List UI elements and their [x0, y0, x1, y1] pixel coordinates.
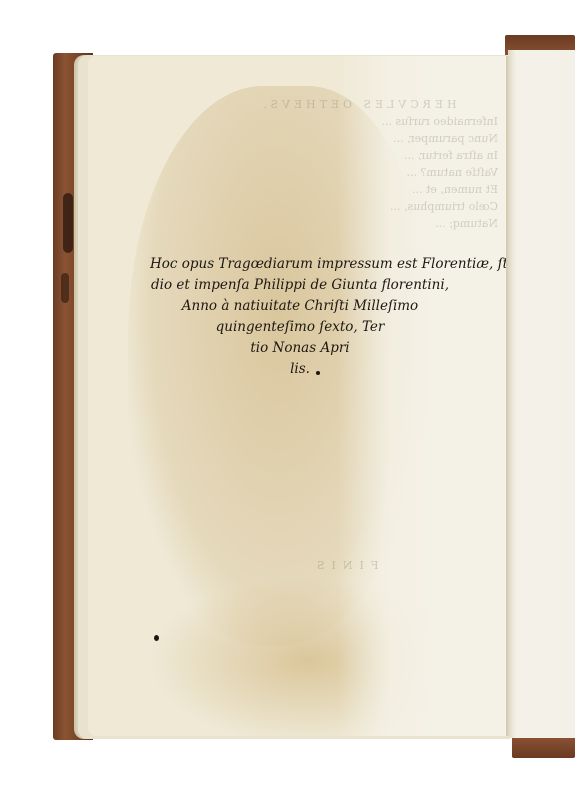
bleed-line: Cœlo triumphus, ...	[218, 198, 498, 215]
gutter	[506, 56, 510, 736]
facing-page	[508, 50, 575, 738]
cover-stain	[63, 193, 73, 253]
bleed-line: Infernaideo rurſus ...	[218, 113, 498, 130]
cover-stain	[61, 273, 69, 303]
colophon-text: Hoc opus Tragœdiarum impressum est Flore…	[150, 254, 450, 380]
colophon-line: Anno à natiuitate Chriſti Milleſimo	[150, 296, 450, 317]
ink-dot	[316, 371, 320, 375]
bleed-line: In aſtra fertur, ...	[218, 147, 498, 164]
bleed-finis: FINIS	[310, 559, 378, 572]
bleed-header: HERCVLES OETHEVS.	[218, 96, 498, 113]
bleed-line: Vaſtſe natum? ...	[218, 164, 498, 181]
colophon-line: tio Nonas Apri	[150, 338, 450, 359]
bleed-line: Et numen, et ...	[218, 181, 498, 198]
leather-cover-right-bottom	[512, 736, 575, 758]
colophon-line: lis.	[150, 359, 450, 380]
bleed-line: Natumq; ...	[218, 215, 498, 232]
colophon-page: HERCVLES OETHEVS. Infernaideo rurſus ...…	[88, 56, 508, 736]
bleed-line: Nunc parumper, ...	[218, 130, 498, 147]
bleed-through-text: HERCVLES OETHEVS. Infernaideo rurſus ...…	[218, 96, 498, 232]
colophon-line: Hoc opus Tragœdiarum impressum est Flore…	[150, 254, 450, 275]
colophon-line: dio et impenſa Philippi de Giunta floren…	[150, 275, 450, 296]
colophon-line: quingenteſimo ſexto, Ter	[150, 317, 450, 338]
ink-spot	[154, 635, 159, 641]
